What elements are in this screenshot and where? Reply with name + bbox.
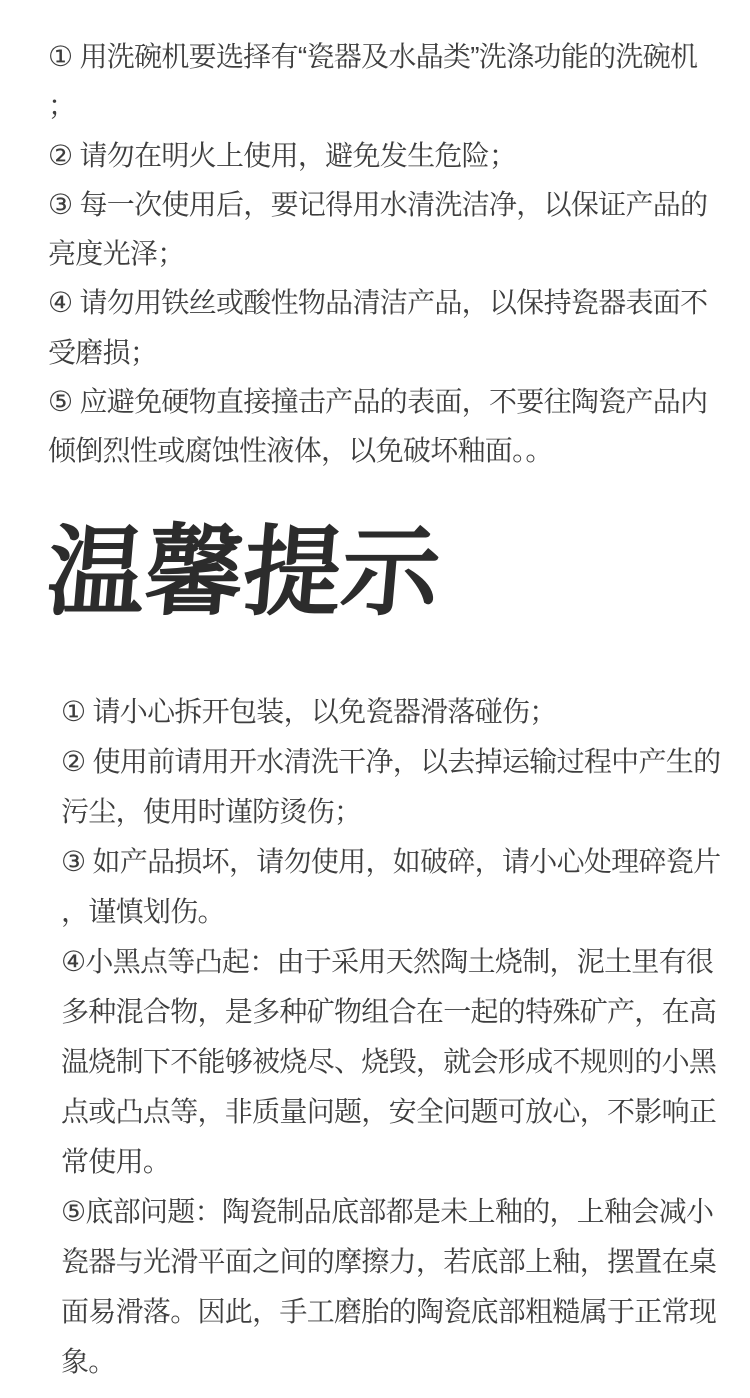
warm-tips-heading: 温馨提示 bbox=[43, 521, 750, 624]
warm-tip-item: ④小黑点等凸起：由于采用天然陶土烧制，泥土里有很 多种混合物，是多种矿物组合在一… bbox=[61, 937, 740, 1187]
care-instruction-item: ③ 每一次使用后，要记得用水清洗洁净，以保证产品的 亮度光泽； bbox=[48, 180, 740, 279]
care-instruction-item: ② 请勿在明火上使用，避免发生危险； bbox=[48, 131, 740, 180]
warm-tip-item: ② 使用前请用开水清洗干净，以去掉运输过程中产生的 污尘，使用时谨防烫伤； bbox=[61, 737, 740, 837]
care-instruction-item: ④ 请勿用铁丝或酸性物品清洁产品，以保持瓷器表面不 受磨损； bbox=[48, 278, 740, 377]
warm-tip-item: ⑤底部问题：陶瓷制品底部都是未上釉的，上釉会减小 瓷器与光滑平面之间的摩擦力，若… bbox=[61, 1187, 740, 1387]
care-instruction-item: ① 用洗碗机要选择有“瓷器及水晶类”洗涤功能的洗碗机 ； bbox=[48, 32, 740, 131]
warm-tip-item: ① 请小心拆开包装，以免瓷器滑落碰伤； bbox=[61, 687, 740, 737]
care-instruction-item: ⑤ 应避免硬物直接撞击产品的表面，不要往陶瓷产品内 倾倒烈性或腐蚀性液体，以免破… bbox=[48, 377, 740, 476]
care-instructions-list: ① 用洗碗机要选择有“瓷器及水晶类”洗涤功能的洗碗机 ； ② 请勿在明火上使用，… bbox=[0, 0, 750, 476]
product-care-page: ① 用洗碗机要选择有“瓷器及水晶类”洗涤功能的洗碗机 ； ② 请勿在明火上使用，… bbox=[0, 0, 750, 1398]
warm-tips-list: ① 请小心拆开包装，以免瓷器滑落碰伤； ② 使用前请用开水清洗干净，以去掉运输过… bbox=[0, 687, 750, 1387]
warm-tip-item: ③ 如产品损坏，请勿使用，如破碎，请小心处理碎瓷片 ，谨慎划伤。 bbox=[61, 837, 740, 937]
